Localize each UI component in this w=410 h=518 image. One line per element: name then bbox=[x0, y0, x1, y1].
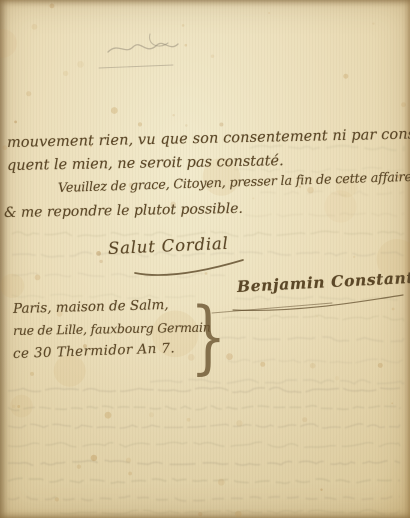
address-brace-mark: } bbox=[190, 297, 227, 377]
manuscript-photo: mouvement rien, vu que son consentement … bbox=[0, 0, 410, 518]
paper-sheet bbox=[0, 0, 410, 518]
